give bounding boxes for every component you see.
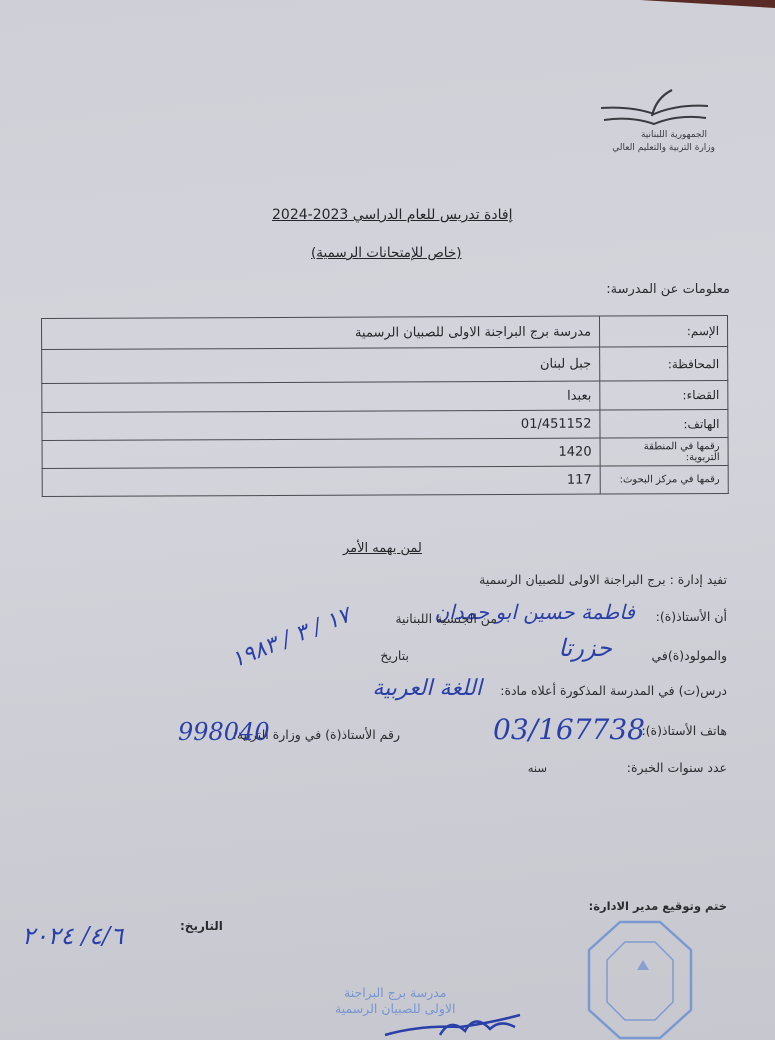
school-info-table: مدرسة برج البراجنة الاولى للصبيان الرسمي… <box>41 315 729 497</box>
phone-label: الهاتف: <box>600 410 728 439</box>
document-page: الجمهورية اللبنانية وزارة التربية والتعل… <box>0 0 775 1040</box>
table-row: 1420 رقمها في المنطقة التربوية: <box>42 438 728 469</box>
stamp-signature-label: ختم وتوقيع مدير الادارة: <box>589 899 727 913</box>
official-stamp-icon <box>585 920 695 1040</box>
administration-statement: تفيد إدارة : برج البراجنة الاولى للصبيان… <box>479 572 727 587</box>
document-subtitle: (خاص للإمتحانات الرسمية) <box>311 245 462 261</box>
table-row: 01/451152 الهاتف: <box>42 410 728 441</box>
experience-unit: سنه <box>528 761 547 775</box>
school-info-heading: معلومات عن المدرسة: <box>606 282 730 297</box>
footer-date-handwritten: ٤/٦/ ٢٠٢٤ <box>22 922 123 950</box>
stamp-text-line1: مدرسة برج البراجنة <box>335 985 455 1001</box>
birth-date-handwritten: ١٧ / ٣ / ١٩٨٣ <box>228 603 354 673</box>
date-label: بتاريخ <box>380 648 409 663</box>
school-name-label: الإسم: <box>599 316 727 348</box>
birth-place-handwritten: حزرتا <box>558 634 612 662</box>
nationality-text: من الجنسية اللبنانية <box>395 611 497 626</box>
district-value: بعبدا <box>42 381 600 412</box>
table-row: 117 رقمها في مركز البحوث: <box>42 466 728 497</box>
phone-value: 01/451152 <box>42 410 600 440</box>
table-row: مدرسة برج البراجنة الاولى للصبيان الرسمي… <box>42 316 728 350</box>
teacher-label: أن الأستاذ(ة): <box>656 609 727 624</box>
table-row: جبل لبنان المحافظة: <box>42 347 728 384</box>
governorate-value: جبل لبنان <box>42 347 600 383</box>
ministry-number-handwritten: 998040 <box>178 718 270 746</box>
experience-label: عدد سنوات الخبرة: <box>627 760 727 775</box>
subject-handwritten: اللغة العربية <box>372 676 482 701</box>
signature-icon <box>380 1005 530 1040</box>
to-whom-heading: لمن يهمه الأمر <box>343 541 422 556</box>
research-center-number-value: 117 <box>42 466 600 496</box>
document-title: إفادة تدريس للعام الدراسي 2023-2024 <box>272 207 512 223</box>
edu-zone-number-label: رقمها في المنطقة التربوية: <box>600 438 728 467</box>
table-row: بعبدا القضاء: <box>42 381 728 413</box>
footer-date-label: التاريخ: <box>180 919 223 933</box>
subject-label: درس(ت) في المدرسة المذكورة أعلاه مادة: <box>500 683 727 698</box>
born-label: والمولود(ة)في <box>651 648 727 663</box>
district-label: القضاء: <box>600 381 728 411</box>
ministry-name: وزارة التربية والتعليم العالي <box>612 143 715 153</box>
research-center-number-label: رقمها في مركز البحوث: <box>600 466 728 495</box>
teacher-phone-handwritten: 03/167738 <box>493 713 645 746</box>
teacher-phone-label: هاتف الأستاذ(ة): <box>641 723 727 738</box>
school-name-value: مدرسة برج البراجنة الاولى للصبيان الرسمي… <box>42 316 600 349</box>
country-name: الجمهورية اللبنانية <box>641 130 707 140</box>
governorate-label: المحافظة: <box>600 347 728 382</box>
edu-zone-number-value: 1420 <box>42 438 600 468</box>
